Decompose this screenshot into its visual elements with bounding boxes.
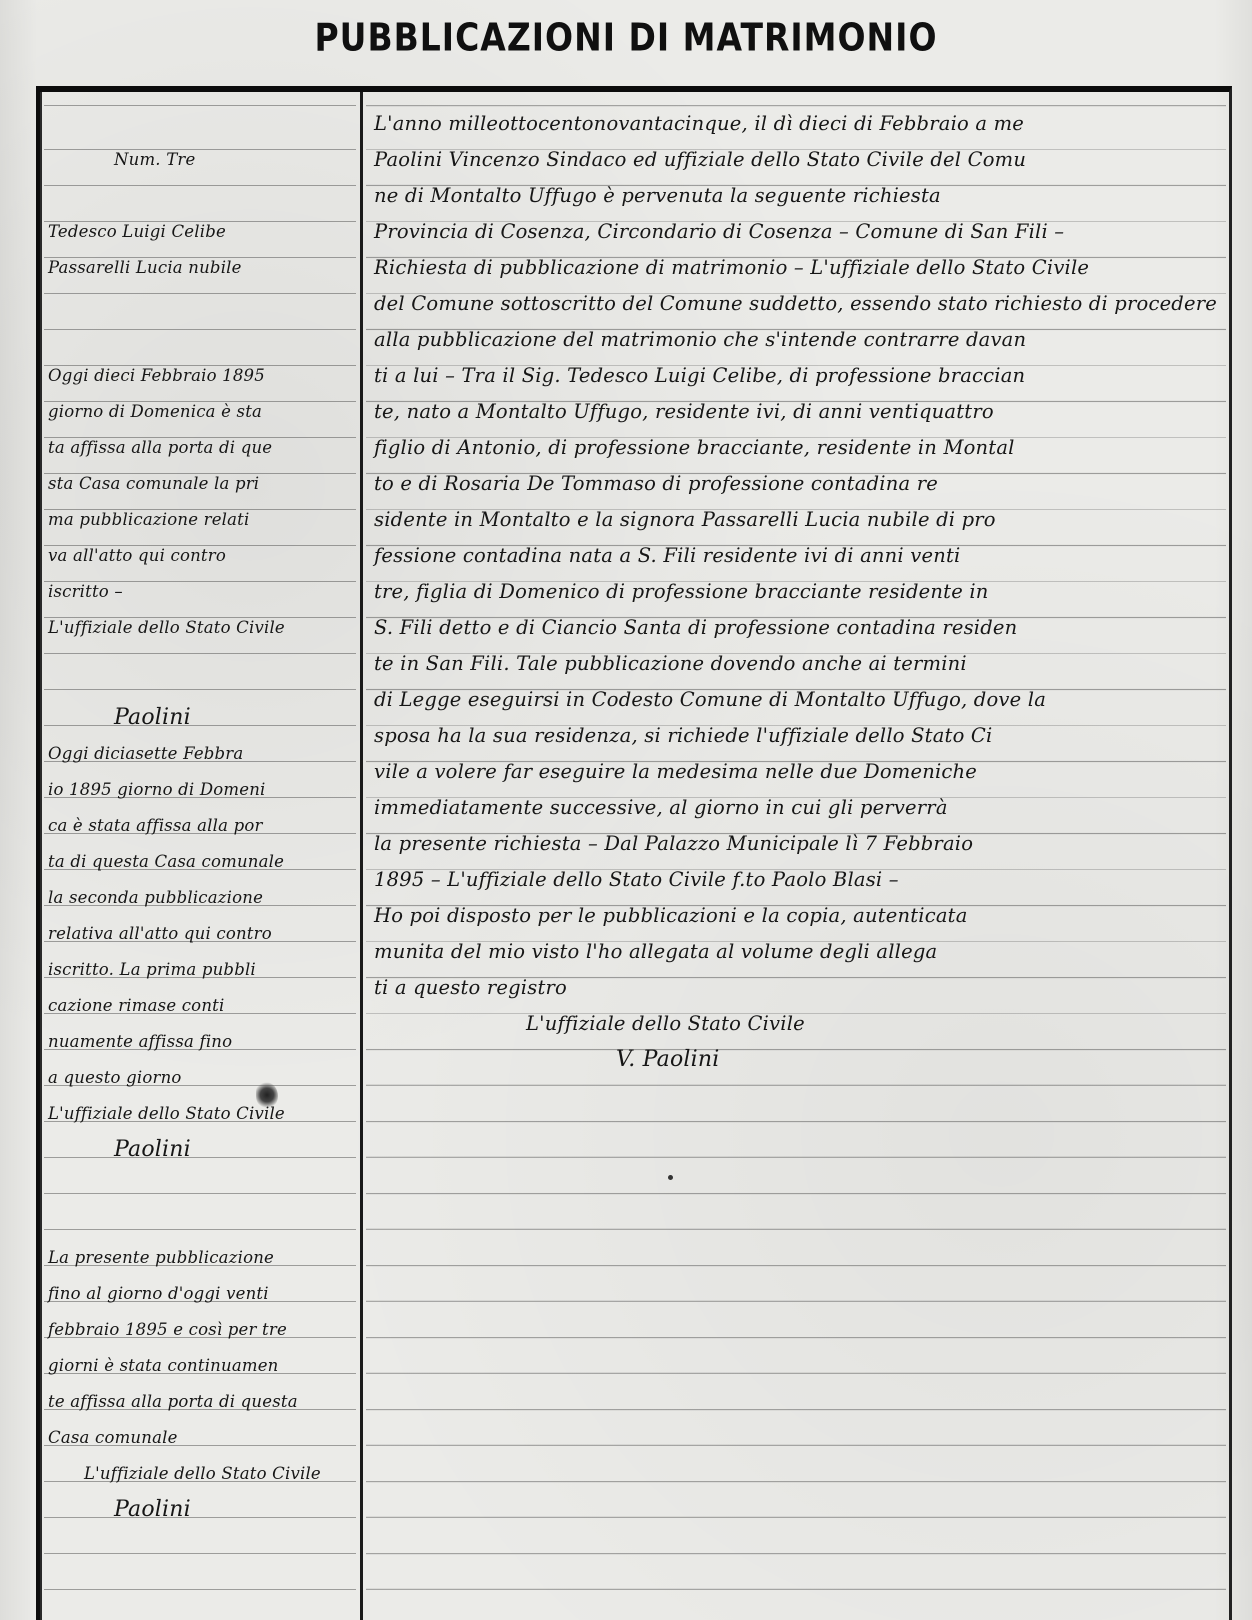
- first-publication-line: va all'atto qui contro: [44, 538, 356, 574]
- first-publication-signature: Paolini: [44, 700, 356, 736]
- final-note-line: Casa comunale: [44, 1420, 356, 1456]
- margin-annotations-column: Num. Tre Tedesco Luigi Celibe Passarelli…: [44, 96, 356, 1616]
- act-line: immediatamente successive, al giorno in …: [366, 790, 1226, 826]
- final-note-line: La presente pubblicazione: [44, 1240, 356, 1276]
- act-line: ti a questo registro: [366, 970, 1226, 1006]
- act-line: tre, figlia di Domenico di professione b…: [366, 574, 1226, 610]
- final-note-line: febbraio 1895 e così per tre: [44, 1312, 356, 1348]
- final-note-officer: L'uffiziale dello Stato Civile: [44, 1456, 356, 1492]
- act-line: te, nato a Montalto Uffugo, residente iv…: [366, 394, 1226, 430]
- act-line: di Legge eseguirsi in Codesto Comune di …: [366, 682, 1226, 718]
- act-line: sposa ha la sua residenza, si richiede l…: [366, 718, 1226, 754]
- first-publication-line: ma pubblicazione relati: [44, 502, 356, 538]
- column-divider: [360, 92, 363, 1620]
- act-line: Ho poi disposto per le pubblicazioni e l…: [366, 898, 1226, 934]
- act-line: figlio di Antonio, di professione bracci…: [366, 430, 1226, 466]
- act-line: vile a volere far eseguire la medesima n…: [366, 754, 1226, 790]
- record-number: Num. Tre: [44, 142, 356, 178]
- act-line: fessione contadina nata a S. Fili reside…: [366, 538, 1226, 574]
- second-publication-line: nuamente affissa fino: [44, 1024, 356, 1060]
- act-line: Provincia di Cosenza, Circondario di Cos…: [366, 214, 1226, 250]
- ink-speck: [668, 1175, 673, 1180]
- second-publication-officer: L'uffiziale dello Stato Civile: [44, 1096, 356, 1132]
- second-publication-line: iscritto. La prima pubbli: [44, 952, 356, 988]
- first-publication-line: ta affissa alla porta di que: [44, 430, 356, 466]
- first-publication-line: Oggi dieci Febbraio 1895: [44, 358, 356, 394]
- act-line: la presente richiesta – Dal Palazzo Muni…: [366, 826, 1226, 862]
- second-publication-line: la seconda pubblicazione: [44, 880, 356, 916]
- page-title: PUBBLICAZIONI DI MATRIMONIO: [0, 15, 1252, 60]
- second-publication-line: a questo giorno: [44, 1060, 356, 1096]
- closing-officer-title: L'uffiziale dello Stato Civile: [366, 1006, 1226, 1042]
- spouse-groom: Tedesco Luigi Celibe: [44, 214, 356, 250]
- final-note-signature: Paolini: [44, 1492, 356, 1528]
- second-publication-line: io 1895 giorno di Domeni: [44, 772, 356, 808]
- act-line: Richiesta di pubblicazione di matrimonio…: [366, 250, 1226, 286]
- act-line: ne di Montalto Uffugo è pervenuta la seg…: [366, 178, 1226, 214]
- second-publication-line: cazione rimase conti: [44, 988, 356, 1024]
- act-line: ti a lui – Tra il Sig. Tedesco Luigi Cel…: [366, 358, 1226, 394]
- marriage-act-column: L'anno milleottocentonovantacinque, il d…: [366, 96, 1226, 1616]
- closing-signature: V. Paolini: [366, 1042, 1226, 1078]
- act-line: sidente in Montalto e la signora Passare…: [366, 502, 1226, 538]
- final-note-line: te affissa alla porta di questa: [44, 1384, 356, 1420]
- first-publication-officer: L'uffiziale dello Stato Civile: [44, 610, 356, 646]
- act-line: munita del mio visto l'ho allegata al vo…: [366, 934, 1226, 970]
- left-margin-rule: [40, 92, 42, 1620]
- final-note-line: fino al giorno d'oggi venti: [44, 1276, 356, 1312]
- act-line: 1895 – L'uffiziale dello Stato Civile f.…: [366, 862, 1226, 898]
- spouse-bride: Passarelli Lucia nubile: [44, 250, 356, 286]
- first-publication-line: iscritto –: [44, 574, 356, 610]
- first-publication-line: sta Casa comunale la pri: [44, 466, 356, 502]
- act-line: L'anno milleottocentonovantacinque, il d…: [366, 106, 1226, 142]
- second-publication-line: Oggi diciasette Febbra: [44, 736, 356, 772]
- act-line: Paolini Vincenzo Sindaco ed uffiziale de…: [366, 142, 1226, 178]
- first-publication-line: giorno di Domenica è sta: [44, 394, 356, 430]
- second-publication-signature: Paolini: [44, 1132, 356, 1168]
- act-line: alla pubblicazione del matrimonio che s'…: [366, 322, 1226, 358]
- act-line: del Comune sottoscritto del Comune sudde…: [366, 286, 1226, 322]
- final-note-line: giorni è stata continuamen: [44, 1348, 356, 1384]
- act-line: S. Fili detto e di Ciancio Santa di prof…: [366, 610, 1226, 646]
- act-line: to e di Rosaria De Tommaso di profession…: [366, 466, 1226, 502]
- second-publication-line: ca è stata affissa alla por: [44, 808, 356, 844]
- act-line: te in San Fili. Tale pubblicazione doven…: [366, 646, 1226, 682]
- ink-blot: [256, 1082, 278, 1108]
- second-publication-line: relativa all'atto qui contro: [44, 916, 356, 952]
- second-publication-line: ta di questa Casa comunale: [44, 844, 356, 880]
